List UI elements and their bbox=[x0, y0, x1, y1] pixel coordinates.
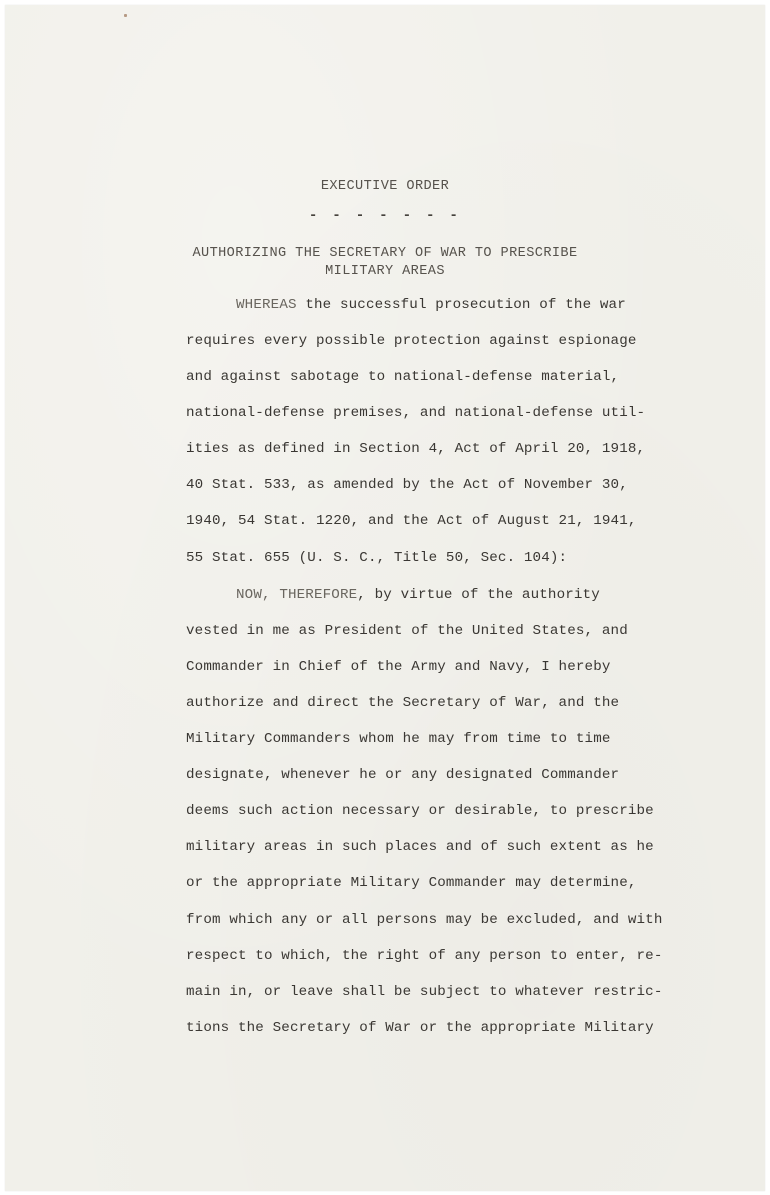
paper-speck bbox=[124, 14, 127, 17]
paragraph-1-line-5: ities as defined in Section 4, Act of Ap… bbox=[186, 441, 645, 457]
now-therefore-lead: NOW, THEREFORE bbox=[236, 587, 357, 603]
paragraph-1-line-8: 55 Stat. 655 (U. S. C., Title 50, Sec. 1… bbox=[186, 550, 567, 566]
document-subtitle-line-2: MILITARY AREAS bbox=[5, 264, 765, 279]
paragraph-2-line-2: vested in me as President of the United … bbox=[186, 623, 628, 639]
paragraph-2-line-7: deems such action necessary or desirable… bbox=[186, 803, 654, 819]
title-separator: - - - - - - - bbox=[5, 208, 765, 224]
paragraph-1-line-4: national-defense premises, and national-… bbox=[186, 405, 645, 421]
paragraph-1-line-3: and against sabotage to national-defense… bbox=[186, 369, 619, 385]
paragraph-2-line-4: authorize and direct the Secretary of Wa… bbox=[186, 695, 619, 711]
document-page: EXECUTIVE ORDER - - - - - - - AUTHORIZIN… bbox=[5, 5, 765, 1191]
paragraph-2-line-1: NOW, THEREFORE, by virtue of the authori… bbox=[236, 587, 600, 603]
paragraph-2-line-9: or the appropriate Military Commander ma… bbox=[186, 875, 637, 891]
paragraph-1-line-6: 40 Stat. 533, as amended by the Act of N… bbox=[186, 477, 628, 493]
paragraph-2-line-10: from which any or all persons may be exc… bbox=[186, 912, 663, 928]
paragraph-1-line-7: 1940, 54 Stat. 1220, and the Act of Augu… bbox=[186, 513, 637, 529]
paragraph-2-line-12: main in, or leave shall be subject to wh… bbox=[186, 984, 663, 1000]
document-subtitle-line-1: AUTHORIZING THE SECRETARY OF WAR TO PRES… bbox=[5, 246, 765, 261]
paragraph-2-line-3: Commander in Chief of the Army and Navy,… bbox=[186, 659, 611, 675]
whereas-lead: WHEREAS bbox=[236, 297, 297, 313]
paragraph-2-line-8: military areas in such places and of suc… bbox=[186, 839, 654, 855]
paragraph-2-line-6: designate, whenever he or any designated… bbox=[186, 767, 619, 783]
paragraph-1-line-1: WHEREAS the successful prosecution of th… bbox=[236, 297, 626, 313]
paragraph-2-line-13: tions the Secretary of War or the approp… bbox=[186, 1020, 654, 1036]
document-title: EXECUTIVE ORDER bbox=[5, 179, 765, 194]
paragraph-2-line-5: Military Commanders whom he may from tim… bbox=[186, 731, 611, 747]
paragraph-1-line-2: requires every possible protection again… bbox=[186, 333, 637, 349]
paragraph-2-line-11: respect to which, the right of any perso… bbox=[186, 948, 663, 964]
